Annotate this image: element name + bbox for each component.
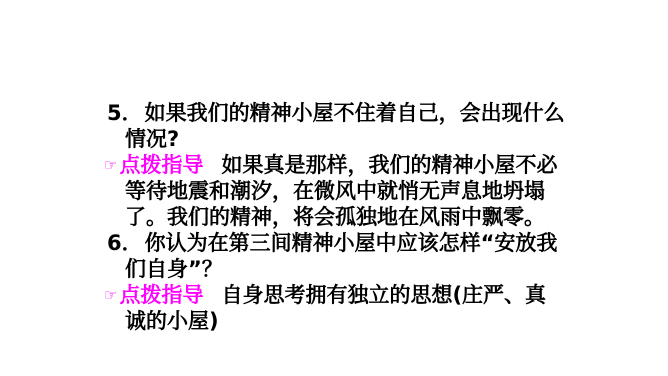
question-item-5: 5．如果我们的精神小屋不住着自己，会出现什么情况? xyxy=(104,100,566,152)
pointing-hand-icon: ☞ xyxy=(104,286,117,304)
question-number: 6． xyxy=(107,231,143,255)
question-item-6: 6．你认为在第三间精神小屋中应该怎样“安放我们自身”？ xyxy=(104,230,566,282)
question-number: 5． xyxy=(107,101,143,125)
presentation-slide: 5．如果我们的精神小屋不住着自己，会出现什么情况? ☞点拨指导如果真是那样，我们… xyxy=(0,0,668,376)
guidance-label: 点拨指导 xyxy=(119,153,203,177)
guidance-item-6: ☞点拨指导自身思考拥有独立的思想(庄严、真诚的小屋) xyxy=(104,282,566,334)
question-text: 你认为在第三间精神小屋中应该怎样“安放我们自身”？ xyxy=(125,231,557,281)
slide-text-block: 5．如果我们的精神小屋不住着自己，会出现什么情况? ☞点拨指导如果真是那样，我们… xyxy=(104,100,566,334)
pointing-hand-icon: ☞ xyxy=(104,156,117,174)
guidance-item-5: ☞点拨指导如果真是那样，我们的精神小屋不必等待地震和潮汐，在微风中就悄无声息地坍… xyxy=(104,152,566,230)
question-text: 如果我们的精神小屋不住着自己，会出现什么情况? xyxy=(125,101,565,151)
guidance-label: 点拨指导 xyxy=(119,283,203,307)
